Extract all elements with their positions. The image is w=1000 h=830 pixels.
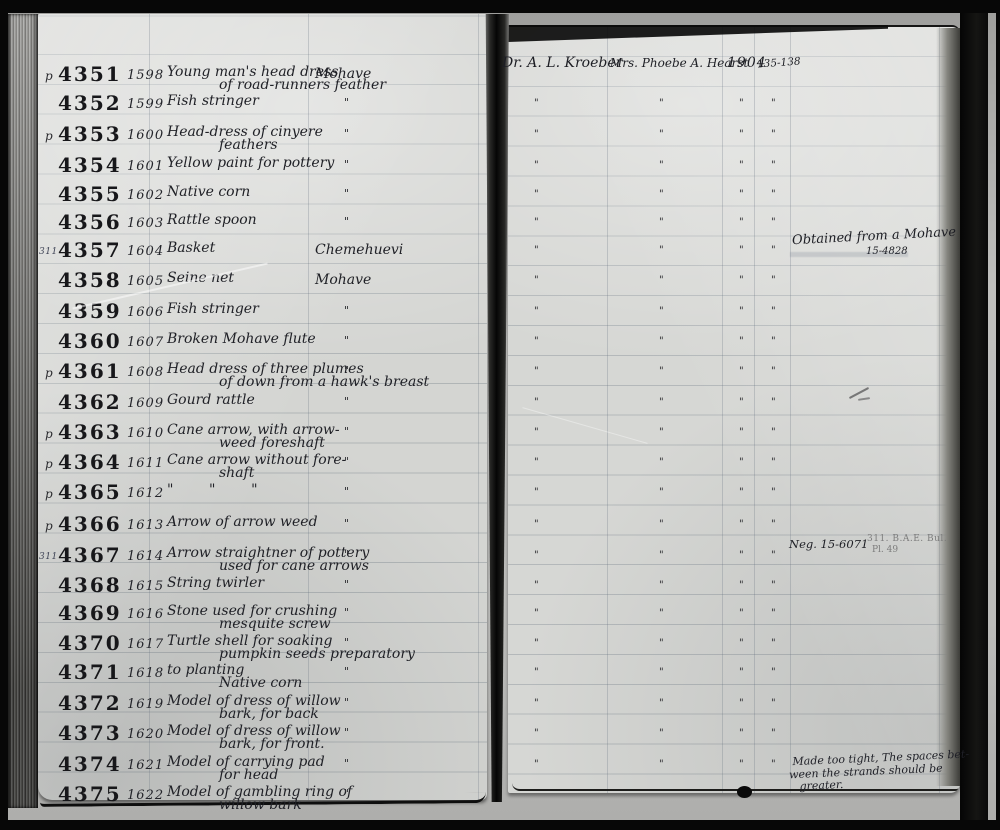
catalog-number: 4352 (58, 91, 122, 115)
item-description: Fish stringer (167, 95, 259, 108)
tribe-name: " (344, 215, 349, 228)
ledger-row: p 4363 1610 Cane arrow, with arrow-weed … (38, 420, 488, 450)
tribe-name: " (344, 395, 349, 408)
ditto-mark: " (659, 160, 664, 171)
ditto-mark: " (739, 397, 744, 408)
ditto-mark: " (771, 487, 776, 498)
ditto-mark: " (534, 580, 539, 591)
item-number: 1603 (127, 216, 164, 231)
faint-stamp (790, 252, 908, 257)
tribe-name: " (344, 517, 349, 530)
ditto-mark: " (659, 608, 664, 619)
ditto-mark: " (771, 580, 776, 591)
ditto-mark: " (534, 189, 539, 200)
tribe-name: " (344, 578, 349, 591)
description-line2: mesquite screw (219, 618, 337, 631)
item-description: Native corn (167, 186, 250, 199)
ditto-mark: " (659, 698, 664, 709)
ditto-mark: " (659, 245, 664, 256)
description-line1: Broken Mohave flute (167, 331, 316, 347)
catalog-number: 4364 (58, 450, 122, 474)
ditto-mark: " (739, 608, 744, 619)
item-number: 1604 (127, 244, 164, 259)
ditto-mark: " (659, 129, 664, 140)
item-number: 1599 (127, 97, 164, 112)
ditto-mark: " (659, 397, 664, 408)
item-description: Fish stringer (167, 303, 259, 316)
description-line1: " " " (167, 482, 258, 498)
ledger-row: 4358 1605 Seine net Mohave (38, 268, 488, 298)
item-number: 1606 (127, 305, 164, 320)
ditto-mark: " (771, 336, 776, 347)
description-line1: Fish stringer (167, 301, 259, 317)
ditto-mark: " (771, 98, 776, 109)
ditto-mark: " (659, 519, 664, 530)
ditto-mark: " (771, 728, 776, 739)
ditto-mark: " (534, 129, 539, 140)
remark-4367-pencil-line1: 311. B.A.E. Bul. (867, 534, 947, 544)
catalog-number: 4372 (58, 691, 122, 715)
remark-4367-negative: Neg. 15-6071 (789, 537, 868, 551)
item-description: Rattle spoon (167, 214, 257, 227)
margin-mark: p (45, 129, 53, 143)
ditto-mark: " (739, 427, 744, 438)
description-line1: Yellow paint for pottery (167, 155, 334, 171)
item-description: Model of dress of willowbark, for back (167, 695, 341, 721)
ledger-row: p 4364 1611 Cane arrow without fore-shaf… (38, 450, 488, 480)
tribe-name: " (344, 726, 349, 739)
item-description: Stone used for crushingmesquite screw (167, 605, 337, 631)
ledger-photograph: { "colors": {"paper": "#d5d6d3", "ink": … (0, 0, 1000, 830)
ditto-mark: " (739, 98, 744, 109)
description-line2: Native corn (219, 677, 302, 690)
description-line2: bark, for back (219, 708, 341, 721)
ledger-row: 4370 1617 Turtle shell for soakingpumpki… (38, 631, 488, 661)
item-number: 1619 (127, 697, 164, 712)
catalog-number: 4351 (58, 62, 122, 86)
tribe-name: " (344, 665, 349, 678)
catalog-number: 4373 (58, 721, 122, 745)
item-number: 1602 (127, 188, 164, 203)
margin-mark: p (45, 519, 53, 533)
catalog-number: 4357 (58, 238, 122, 262)
item-number: 1621 (127, 758, 164, 773)
description-line2: used for cane arrows (219, 560, 369, 573)
column-rule (722, 27, 723, 793)
ditto-mark: " (534, 427, 539, 438)
catalog-number: 4365 (58, 480, 122, 504)
ditto-mark: " (771, 160, 776, 171)
item-description: Model of dress of willowbark, for front. (167, 725, 341, 751)
item-number: 1622 (127, 788, 164, 803)
ledger-row: 4371 1618 to plantingNative corn " (38, 660, 488, 690)
ditto-mark: " (739, 245, 744, 256)
item-description: Model of gambling ring ofwillow bark (167, 786, 352, 812)
tribe-name: Chemehuevi (315, 242, 403, 258)
ledger-row: 4360 1607 Broken Mohave flute " (38, 329, 488, 359)
ledger-row: 4362 1609 Gourd rattle " (38, 390, 488, 420)
catalog-number: 4362 (58, 390, 122, 414)
ditto-mark: " (659, 189, 664, 200)
tribe-name: Mohave (315, 66, 371, 82)
ditto-mark: " (659, 457, 664, 468)
ditto-mark: " (659, 366, 664, 377)
ditto-mark: " (771, 667, 776, 678)
ditto-mark: " (771, 306, 776, 317)
ditto-mark: " (534, 728, 539, 739)
tribe-name: " (344, 96, 349, 109)
tribe-name: " (344, 548, 349, 561)
collector-name: Dr. A. L. Kroeber (502, 55, 622, 71)
item-number: 1608 (127, 365, 164, 380)
ledger-row: 4352 1599 Fish stringer " (38, 91, 488, 121)
right-ledger-page (508, 25, 960, 793)
ditto-mark: " (771, 217, 776, 228)
ditto-mark: " (534, 245, 539, 256)
ditto-mark: " (739, 217, 744, 228)
remark-4367-pencil-line2: Pl. 49 (872, 545, 898, 555)
catalog-number: 4367 (58, 543, 122, 567)
ditto-mark: " (739, 457, 744, 468)
catalog-number: 4363 (58, 420, 122, 444)
tribe-name: " (344, 304, 349, 317)
ditto-mark: " (534, 487, 539, 498)
catalog-number: 4369 (58, 601, 122, 625)
ledger-row: 4359 1606 Fish stringer " (38, 299, 488, 329)
margin-mark: p (45, 427, 53, 441)
ditto-mark: " (659, 550, 664, 561)
tribe-name: Mohave (315, 272, 371, 288)
item-description: Basket (167, 242, 219, 255)
catalog-number: 4371 (58, 660, 122, 684)
ledger-row: 4354 1601 Yellow paint for pottery " (38, 153, 488, 183)
ditto-mark: " (534, 519, 539, 530)
ditto-mark: " (771, 189, 776, 200)
ditto-mark: " (771, 759, 776, 770)
item-number: 1612 (127, 486, 164, 501)
ink-blot (737, 786, 752, 798)
tribe-name: " (344, 636, 349, 649)
ledger-row: 4372 1619 Model of dress of willowbark, … (38, 691, 488, 721)
item-number: 1610 (127, 426, 164, 441)
ditto-mark: " (771, 397, 776, 408)
ditto-mark: " (534, 336, 539, 347)
catalog-number: 4361 (58, 359, 122, 383)
item-number: 1618 (127, 666, 164, 681)
catalog-number: 4374 (58, 752, 122, 776)
item-description: Yellow paint for pottery (167, 157, 334, 170)
margin-mark: 311 (39, 247, 58, 257)
ditto-mark: " (739, 129, 744, 140)
ditto-mark: " (659, 759, 664, 770)
catalog-number: 4353 (58, 122, 122, 146)
ditto-mark: " (659, 667, 664, 678)
margin-mark: 311 (39, 552, 58, 562)
item-description: Arrow straightner of potteryused for can… (167, 547, 369, 573)
ditto-mark: " (534, 667, 539, 678)
ditto-mark: " (659, 275, 664, 286)
ditto-mark: " (771, 275, 776, 286)
description-line1: Fish stringer (167, 93, 259, 109)
description-line1: Gourd rattle (167, 392, 255, 408)
item-description: to plantingNative corn (167, 664, 302, 690)
item-description: Broken Mohave flute (167, 333, 316, 346)
margin-mark: p (45, 366, 53, 380)
ditto-mark: " (534, 638, 539, 649)
item-number: 1611 (127, 456, 164, 471)
tribe-name: " (344, 158, 349, 171)
ditto-mark: " (771, 638, 776, 649)
ditto-mark: " (659, 217, 664, 228)
description-line2: of down from a hawk's breast (219, 376, 429, 389)
catalog-number: 4368 (58, 573, 122, 597)
ditto-mark: " (659, 98, 664, 109)
item-number: 1620 (127, 727, 164, 742)
ledger-row: p 4361 1608 Head dress of three plumesof… (38, 359, 488, 389)
ditto-mark: " (659, 306, 664, 317)
description-line2: shaft (219, 467, 346, 480)
stacked-page-edges (8, 14, 38, 808)
tribe-name: " (344, 606, 349, 619)
item-description: Head dress of three plumesof down from a… (167, 363, 429, 389)
item-number: 1617 (127, 637, 164, 652)
item-description: " " " (167, 484, 258, 497)
description-line2: bark, for front. (219, 738, 341, 751)
ditto-mark: " (771, 457, 776, 468)
ditto-mark: " (771, 427, 776, 438)
ditto-mark: " (659, 336, 664, 347)
column-rule (754, 27, 755, 793)
description-line2: for head (219, 769, 325, 782)
ditto-mark: " (739, 160, 744, 171)
ditto-mark: " (534, 397, 539, 408)
column-rule (790, 27, 791, 793)
ditto-mark: " (659, 487, 664, 498)
tribe-name: " (344, 696, 349, 709)
ditto-mark: " (739, 728, 744, 739)
item-number: 1601 (127, 159, 164, 174)
item-description: Cane arrow, with arrow-weed foreshaft (167, 424, 340, 450)
ditto-mark: " (659, 427, 664, 438)
ditto-mark: " (771, 698, 776, 709)
catalog-number: 4358 (58, 268, 122, 292)
ledger-row: p 4353 1600 Head-dress of cinyerefeather… (38, 122, 488, 152)
tribe-name: " (344, 485, 349, 498)
ditto-mark: " (659, 638, 664, 649)
description-line2: feathers (219, 139, 323, 152)
ditto-mark: " (659, 580, 664, 591)
ditto-mark: " (659, 728, 664, 739)
item-number: 1616 (127, 607, 164, 622)
catalog-number: 4355 (58, 182, 122, 206)
item-description: Model of carrying padfor head (167, 756, 325, 782)
description-line2: willow bark (219, 799, 352, 812)
book-cover-edge (960, 13, 988, 820)
ditto-mark: " (534, 457, 539, 468)
description-line1: Basket (167, 240, 215, 256)
description-line2: weed foreshaft (219, 437, 340, 450)
ledger-row: 4374 1621 Model of carrying padfor head … (38, 752, 488, 782)
item-number: 1609 (127, 396, 164, 411)
tribe-name: " (344, 455, 349, 468)
ledger-row: 4369 1616 Stone used for crushingmesquit… (38, 601, 488, 631)
item-number: 1615 (127, 579, 164, 594)
tribe-name: " (344, 787, 349, 800)
catalog-number: 4360 (58, 329, 122, 353)
ditto-mark: " (771, 245, 776, 256)
item-number: 1614 (127, 549, 164, 564)
description-line1: String twirler (167, 575, 264, 591)
ditto-mark: " (739, 366, 744, 377)
description-line1: Native corn (167, 184, 250, 200)
margin-mark: p (45, 457, 53, 471)
tribe-name: " (344, 364, 349, 377)
item-number: 1598 (127, 68, 164, 83)
catalog-number: 4366 (58, 512, 122, 536)
ditto-mark: " (771, 366, 776, 377)
ditto-mark: " (739, 638, 744, 649)
ledger-row: p 4365 1612 " " " " (38, 480, 488, 510)
description-line1: Rattle spoon (167, 212, 257, 228)
ditto-mark: " (739, 519, 744, 530)
ledger-row: 4355 1602 Native corn " (38, 182, 488, 212)
ditto-mark: " (534, 608, 539, 619)
tribe-name: " (344, 127, 349, 140)
ledger-row: 4373 1620 Model of dress of willowbark, … (38, 721, 488, 751)
ditto-mark: " (771, 129, 776, 140)
ditto-mark: " (771, 550, 776, 561)
margin-mark: p (45, 487, 53, 501)
description-line1: Cane arrow without fore- (167, 452, 346, 468)
item-number: 1607 (127, 335, 164, 350)
item-description: String twirler (167, 577, 264, 590)
ledger-row: p 4351 1598 Young man's head dressof roa… (38, 62, 488, 92)
ledger-row: 4368 1615 String twirler " (38, 573, 488, 603)
ledger-row: 4356 1603 Rattle spoon " (38, 210, 488, 240)
tribe-name: " (344, 425, 349, 438)
ditto-mark: " (739, 759, 744, 770)
item-description: Cane arrow without fore-shaft (167, 454, 346, 480)
item-number: 1600 (127, 128, 164, 143)
catalog-number: 4375 (58, 782, 122, 806)
ditto-mark: " (534, 160, 539, 171)
ditto-mark: " (739, 306, 744, 317)
column-rule (607, 27, 608, 793)
ditto-mark: " (739, 336, 744, 347)
item-description: Head-dress of cinyerefeathers (167, 126, 323, 152)
margin-mark: p (45, 69, 53, 83)
ledger-row: 311 4367 1614 Arrow straightner of potte… (38, 543, 488, 573)
ditto-mark: " (534, 366, 539, 377)
tribe-name: " (344, 187, 349, 200)
ditto-mark: " (739, 275, 744, 286)
ditto-mark: " (739, 550, 744, 561)
item-description: Gourd rattle (167, 394, 255, 407)
ditto-mark: " (771, 608, 776, 619)
tribe-name: " (344, 334, 349, 347)
catalog-number: 4354 (58, 153, 122, 177)
item-description: Turtle shell for soakingpumpkin seeds pr… (167, 635, 415, 661)
item-number: 1613 (127, 518, 164, 533)
description-line1: Arrow of arrow weed (167, 514, 318, 530)
ditto-mark: " (534, 275, 539, 286)
ditto-mark: " (534, 759, 539, 770)
ditto-mark: " (534, 550, 539, 561)
tribe-name: " (344, 757, 349, 770)
item-description: Arrow of arrow weed (167, 516, 318, 529)
ditto-mark: " (739, 667, 744, 678)
catalog-number: 4356 (58, 210, 122, 234)
ditto-mark: " (739, 580, 744, 591)
ditto-mark: " (739, 698, 744, 709)
ditto-mark: " (534, 98, 539, 109)
ditto-mark: " (739, 487, 744, 498)
ledger-row: 4375 1622 Model of gambling ring ofwillo… (38, 782, 488, 812)
catalog-number: 4370 (58, 631, 122, 655)
ditto-mark: " (534, 217, 539, 228)
ditto-mark: " (739, 189, 744, 200)
ditto-mark: " (534, 698, 539, 709)
ledger-row: p 4366 1613 Arrow of arrow weed " (38, 512, 488, 542)
ditto-mark: " (534, 306, 539, 317)
ditto-mark: " (771, 519, 776, 530)
